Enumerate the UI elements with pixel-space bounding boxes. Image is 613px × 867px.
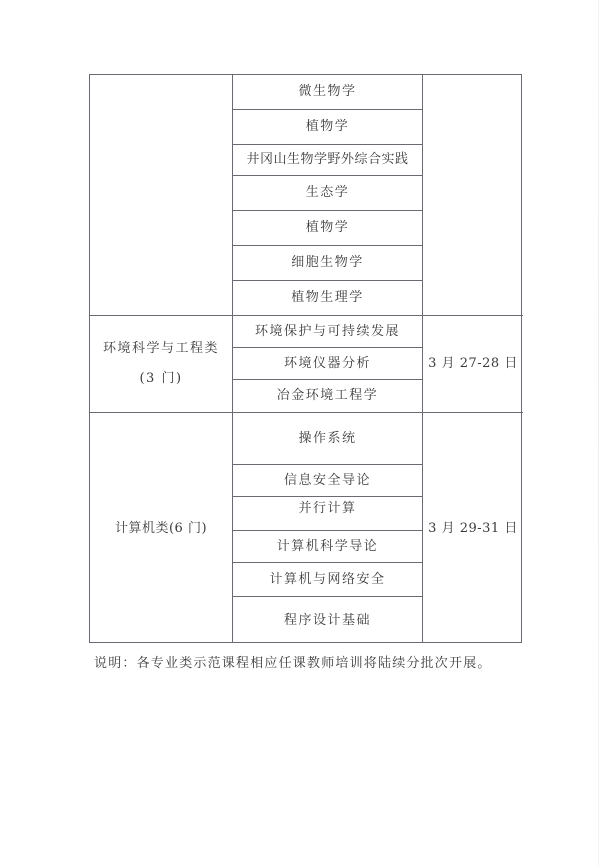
- training-schedule-table: 微生物学 植物学 井冈山生物学野外综合实践 生态学 植物学 细胞生物学 植物生理…: [89, 74, 522, 643]
- course-cell: 井冈山生物学野外综合实践: [233, 145, 422, 175]
- course-cell: 冶金环境工程学: [233, 380, 422, 412]
- course-cell: 生态学: [233, 176, 422, 210]
- explanatory-note: 说明：各专业类示范课程相应任课教师培训将陆续分批次开展。: [94, 652, 492, 671]
- course-cell: 环境仪器分析: [233, 348, 422, 379]
- course-cell: 环境保护与可持续发展: [233, 316, 422, 347]
- course-cell: 并行计算: [233, 497, 422, 530]
- course-cell: 计算机科学导论: [233, 531, 422, 562]
- course-cell: 计算机与网络安全: [233, 563, 422, 596]
- page-edge: [598, 0, 599, 867]
- category-name: 环境科学与工程类: [103, 341, 219, 357]
- category-cell: 环境科学与工程类 (3 门): [90, 316, 232, 412]
- course-cell: 细胞生物学: [233, 246, 422, 280]
- course-cell: 信息安全导论: [233, 465, 422, 496]
- date-cell: 3 月 27-28 日: [423, 316, 523, 412]
- category-count: (3 门): [139, 371, 182, 387]
- course-cell: 植物学: [233, 110, 422, 144]
- category-cell: 计算机类(6 门): [90, 413, 232, 644]
- course-cell: 植物生理学: [233, 281, 422, 315]
- date-cell: 3 月 29-31 日: [423, 413, 523, 644]
- course-cell: 程序设计基础: [233, 597, 422, 644]
- course-cell: 操作系统: [233, 413, 422, 464]
- course-cell: 微生物学: [233, 75, 422, 109]
- course-cell: 植物学: [233, 211, 422, 245]
